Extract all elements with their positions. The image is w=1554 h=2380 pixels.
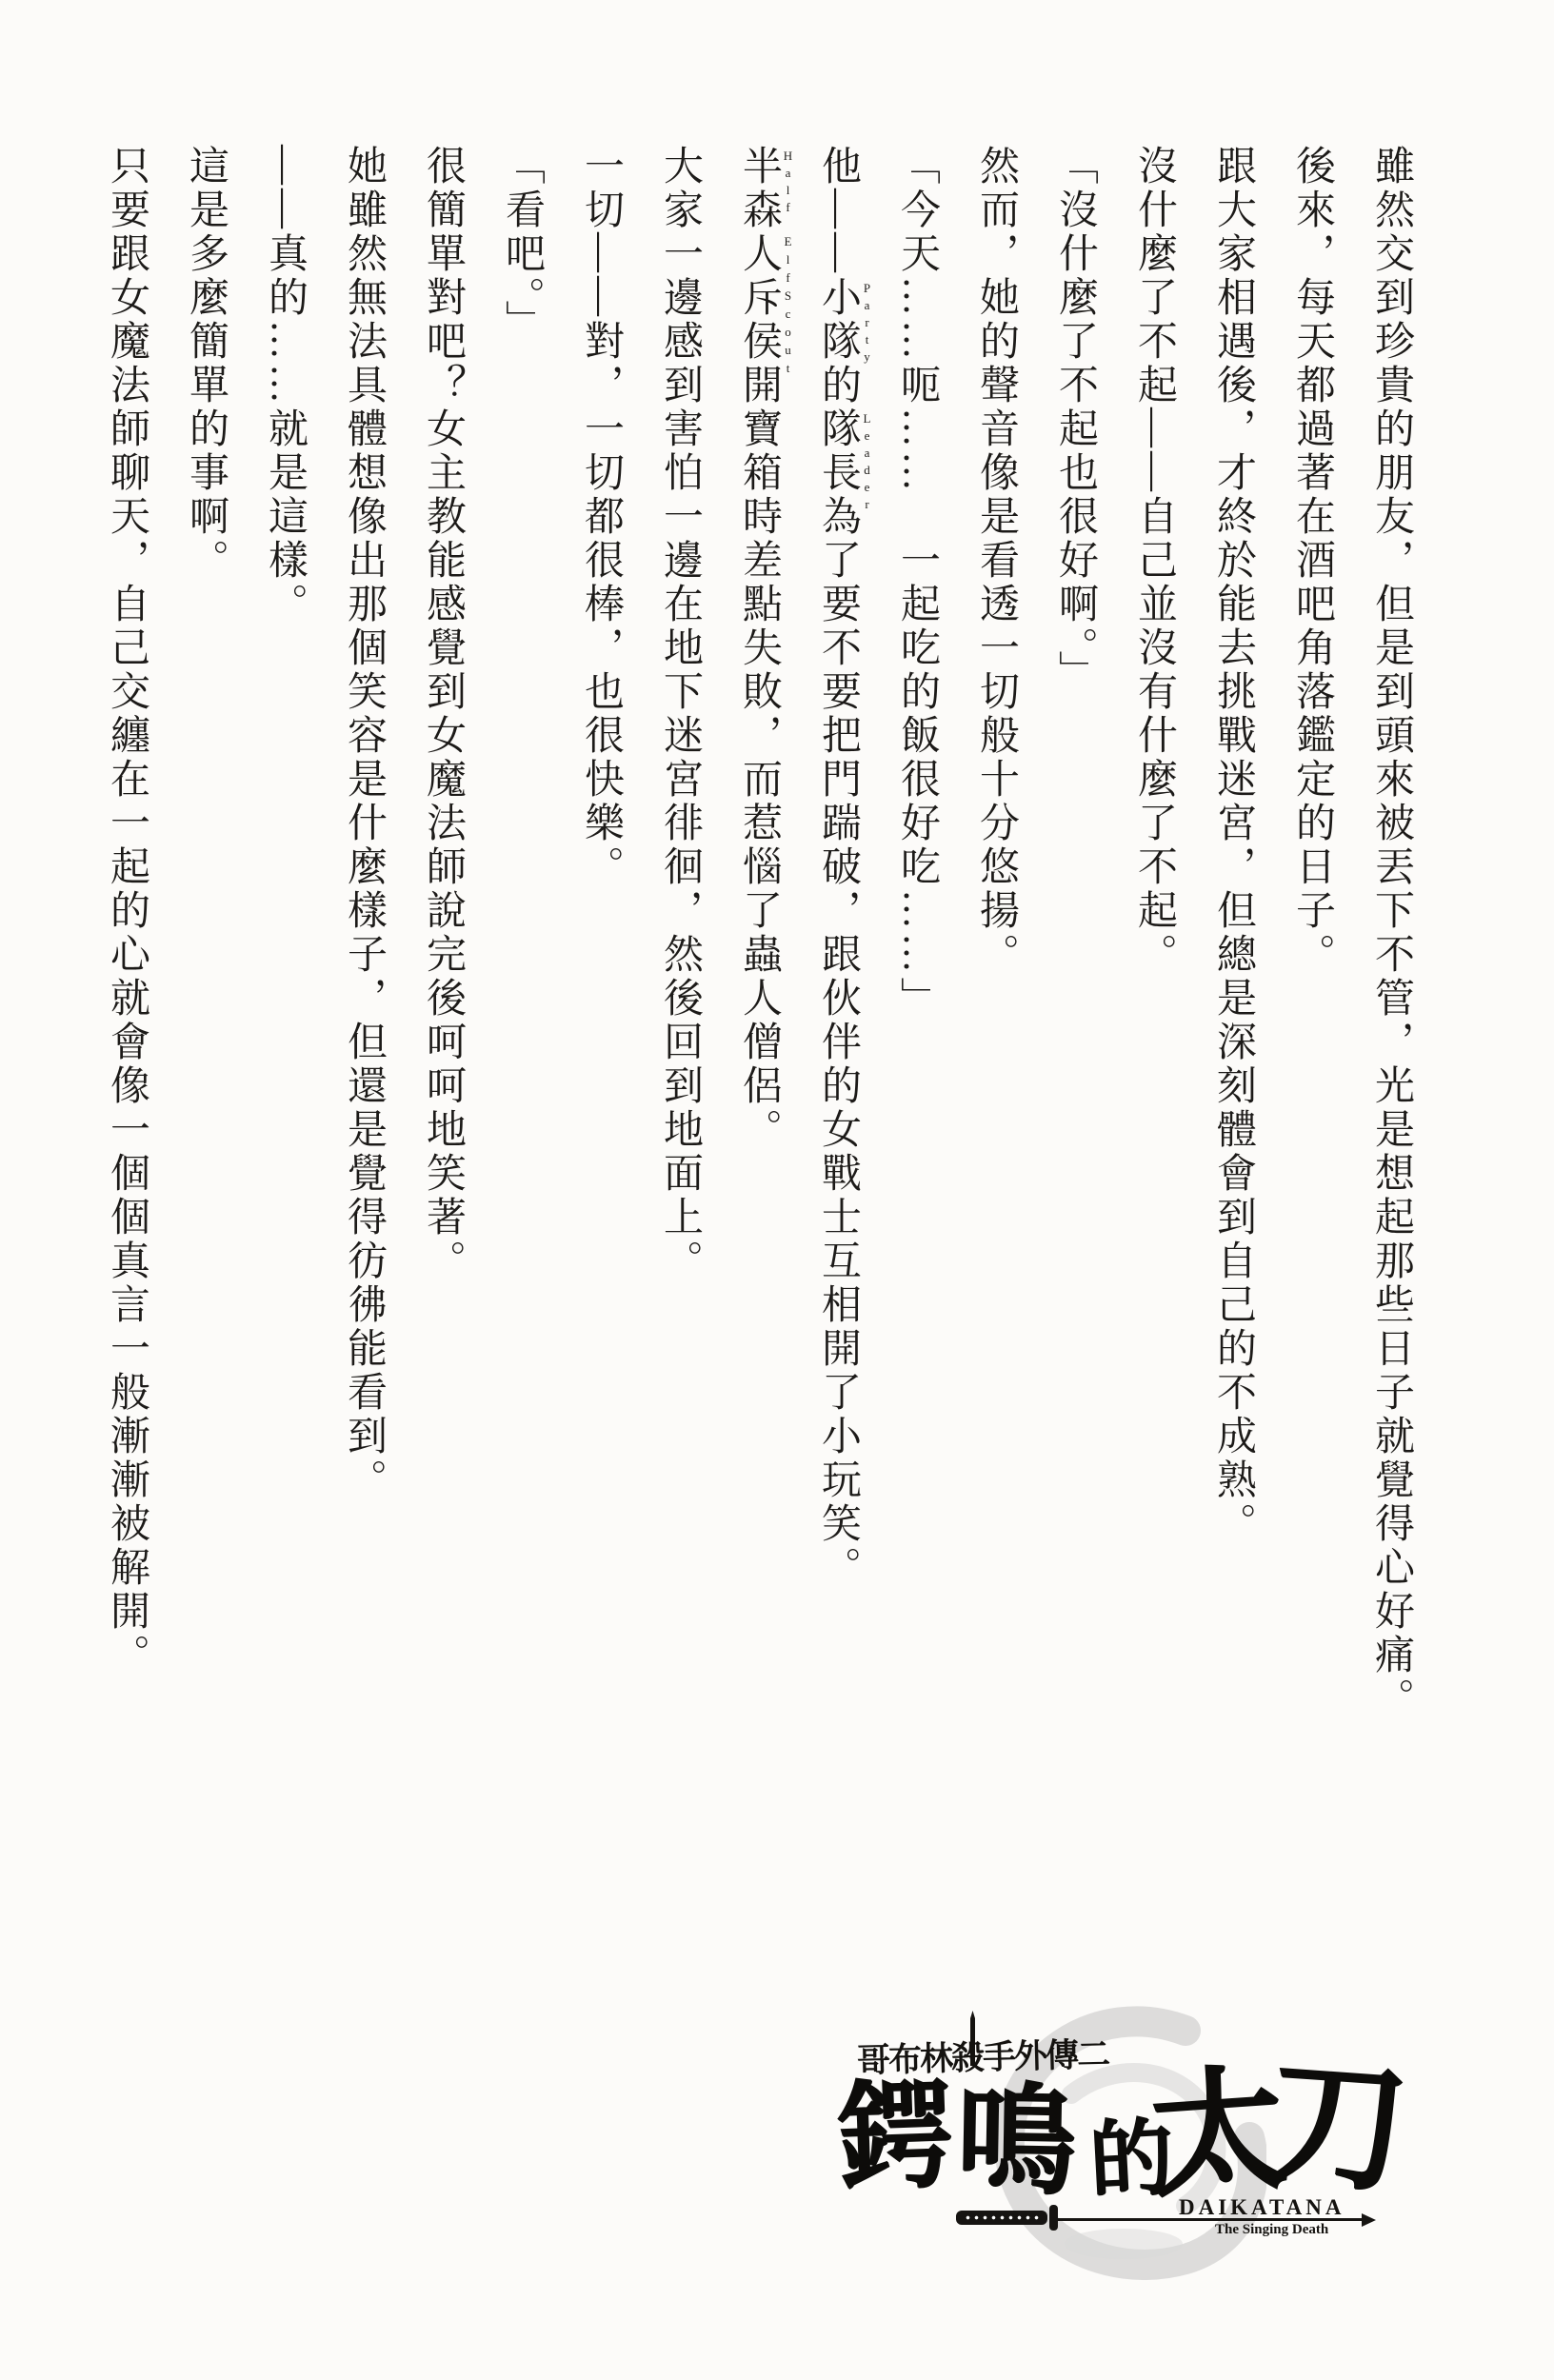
text-column-10: 大家一邊感到害怕一邊在地下迷宮徘徊，然後回到地面上。 bbox=[640, 145, 719, 1754]
tagline: The Singing Death bbox=[1215, 2222, 1328, 2238]
text-column-14: 她雖然無法具體想像出那個笑容是什麼樣子，但還是覺得彷彿能看到。 bbox=[324, 145, 403, 1754]
text-column-5: 「沒什麼了不起也很好啊。」 bbox=[1035, 145, 1114, 1754]
main-title-char-1: 鍔 bbox=[834, 2077, 956, 2199]
text-column-1: 雖然交到珍貴的朋友，但是到頭來被丟下不管，光是想起那些日子就覺得心好痛。 bbox=[1351, 145, 1430, 1754]
furigana-leader: Leader bbox=[859, 411, 874, 514]
text-column-3: 跟大家相遇後，才終於能去挑戰迷宮，但總是深刻體會到自己的不成熟。 bbox=[1193, 145, 1272, 1754]
text-column-15: ——真的……就是這樣。 bbox=[245, 145, 324, 1754]
furigana-elfscout: ElfScout bbox=[780, 234, 795, 379]
text-column-17: 只要跟女魔法師聊天，自己交纏在一起的心就會像一個個真言一般漸漸被解開。 bbox=[87, 145, 166, 1754]
text-column-6: 然而，她的聲音像是看透一切般十分悠揚。 bbox=[956, 145, 1035, 1754]
text-column-8: 他——小隊的隊長為了要不要把門踹破，跟伙伴的女戰士互相開了小玩笑。 bbox=[798, 145, 877, 1754]
text-column-13: 很簡單對吧？女主教能感覺到女魔法師說完後呵呵地笑著。 bbox=[403, 145, 482, 1754]
text-column-2: 後來，每天都過著在酒吧角落鑑定的日子。 bbox=[1272, 145, 1351, 1754]
katana-blade-tip-icon bbox=[1362, 2213, 1376, 2227]
main-title-char-5: 刀 bbox=[1262, 2053, 1412, 2204]
romanized-title: DAIKATANA bbox=[1179, 2195, 1345, 2220]
text-column-7: 「今天……呃…… 一起吃的飯很好吃……」 bbox=[877, 145, 956, 1754]
book-page: 雖然交到珍貴的朋友，但是到頭來被丟下不管，光是想起那些日子就覺得心好痛。後來，每… bbox=[0, 0, 1554, 2380]
furigana-half: Half bbox=[780, 149, 795, 217]
text-column-16: 這是多麼簡單的事啊。 bbox=[166, 145, 245, 1754]
main-title-char-2: 鳴 bbox=[955, 2082, 1077, 2204]
katana-hilt-icon bbox=[956, 2211, 1047, 2225]
text-column-4: 沒什麼了不起——自己並沒有什麼了不起。 bbox=[1114, 145, 1193, 1754]
text-column-12: 「看吧。」 bbox=[482, 145, 561, 1754]
furigana-party: Party bbox=[859, 281, 874, 367]
text-column-11: 一切——對，一切都很棒，也很快樂。 bbox=[561, 145, 640, 1754]
text-column-9: 半森人斥侯開寶箱時差點失敗，而惹惱了蟲人僧侶。 bbox=[719, 145, 798, 1754]
vertical-text-block: 雖然交到珍貴的朋友，但是到頭來被丟下不管，光是想起那些日子就覺得心好痛。後來，每… bbox=[87, 145, 1430, 1754]
